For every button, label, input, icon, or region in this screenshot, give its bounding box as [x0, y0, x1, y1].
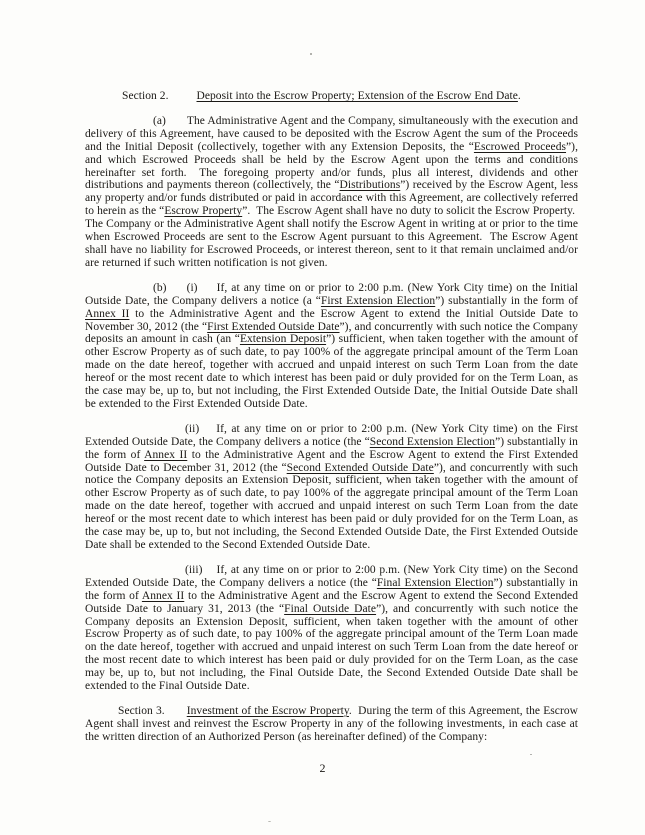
underlined-defined-term: Second Extension Election — [370, 436, 495, 448]
text-run: Section 2. — [122, 90, 169, 102]
underlined-defined-term: Annex II — [144, 449, 187, 461]
underlined-defined-term: Final Outside Date — [284, 603, 376, 615]
paragraph-a: (a)The Administrative Agent and the Comp… — [85, 115, 578, 270]
paragraph-b-i: (b)(i)If, at any time on or prior to 2:0… — [85, 282, 578, 411]
text-run: Section 3. — [118, 705, 165, 717]
underlined-defined-term: Escrow Property — [164, 205, 242, 217]
text-run: (ii) — [185, 423, 199, 435]
paragraph-b-ii: (ii)If, at any time on or prior to 2:00 … — [85, 423, 578, 552]
underlined-defined-term: Annex II — [85, 308, 129, 320]
underlined-defined-term: Investment of the Escrow Property — [187, 705, 349, 717]
underlined-defined-term: Final Extension Election — [377, 577, 494, 589]
scan-artifact — [268, 821, 271, 822]
underlined-defined-term: Escrowed Proceeds — [474, 141, 566, 153]
page-content: Section 2.Deposit into the Escrow Proper… — [85, 90, 578, 756]
tab-space — [199, 431, 216, 432]
tab-space — [166, 123, 187, 124]
scan-artifact — [530, 754, 532, 755]
tab-space — [203, 572, 217, 573]
text-run: ”), and concurrently with such notice th… — [85, 462, 578, 551]
tab-space — [165, 713, 187, 714]
text-run: ”), and concurrently with such notice th… — [85, 603, 578, 692]
text-run: (iii) — [185, 564, 203, 576]
section-3-paragraph: Section 3.Investment of the Escrow Prope… — [85, 705, 578, 744]
text-run: (b) — [153, 282, 167, 294]
tab-space — [169, 98, 197, 99]
tab-space — [198, 290, 217, 291]
underlined-defined-term: Extension Deposit — [240, 333, 326, 345]
underlined-defined-term: First Extension Election — [321, 295, 435, 307]
tab-space — [167, 290, 187, 291]
scan-artifact — [310, 53, 312, 55]
underlined-defined-term: Deposit into the Escrow Property; Extens… — [197, 90, 518, 102]
document-page: Section 2.Deposit into the Escrow Proper… — [0, 0, 645, 835]
underlined-defined-term: First Extended Outside Date — [207, 321, 339, 333]
text-run: (i) — [187, 282, 198, 294]
text-run: (a) — [153, 115, 166, 127]
paragraph-b-iii: (iii)If, at any time on or prior to 2:00… — [85, 564, 578, 693]
underlined-defined-term: Distributions — [340, 179, 401, 191]
underlined-defined-term: Second Extended Outside Date — [287, 462, 434, 474]
page-number: 2 — [0, 761, 645, 776]
text-run: . — [518, 90, 521, 102]
underlined-defined-term: Annex II — [142, 590, 184, 602]
text-run: ”) substantially in the form of — [435, 295, 578, 307]
section-2-heading: Section 2.Deposit into the Escrow Proper… — [85, 90, 578, 103]
